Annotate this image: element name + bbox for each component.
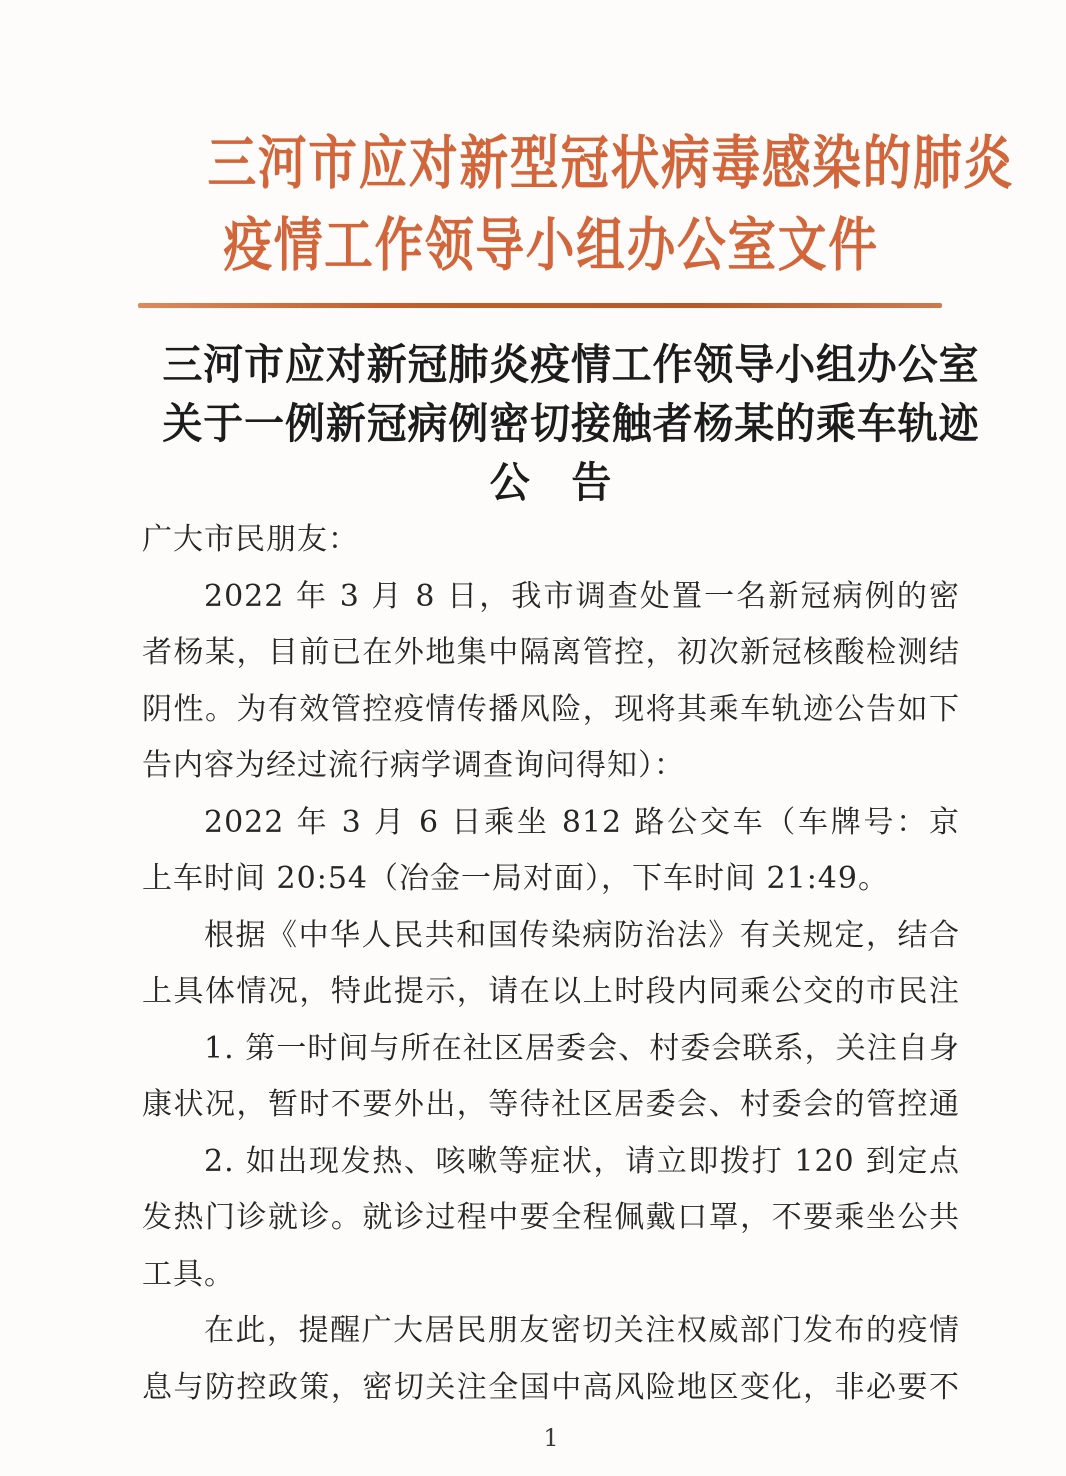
body-line: 阴性。为有效管控疫情传播风险，现将其乘车轨迹公告如下（公 [142,682,960,739]
body-line: 2022 年 3 月 8 日，我市调查处置一名新冠病例的密切接触 [142,569,960,626]
body-line: 发热门诊就诊。就诊过程中要全程佩戴口罩，不要乘坐公共交通 [142,1190,960,1247]
body-line: 康状况，暂时不要外出，等待社区居委会、村委会的管控通知。 [142,1077,960,1134]
body-line: 者杨某，目前已在外地集中隔离管控，初次新冠核酸检测结果 [142,625,960,682]
letterhead-line-1: 三河市应对新型冠状病毒感染的肺炎 [207,122,894,204]
letterhead-line-2: 疫情工作领导小组办公室文件 [207,204,894,286]
letterhead: 三河市应对新型冠状病毒感染的肺炎 疫情工作领导小组办公室文件 [142,0,960,286]
body-line: 1. 第一时间与所在社区居委会、村委会联系，关注自身健 [142,1021,960,1078]
body-line: 工具。 [142,1247,960,1304]
body-line: 2022 年 3 月 6 日乘坐 812 路公交车（车牌号：京 AX1036）， [142,795,960,852]
document-title-line-3: 公 告 [162,453,939,512]
letterhead-divider [138,303,942,308]
page-number: 1 [142,1424,960,1452]
body-line: 根据《中华人民共和国传染病防治法》有关规定，结合以 [142,908,960,965]
body-line: 上车时间 20:54（冶金一局对面），下车时间 21:49。 [142,851,960,908]
body-line: 在此，提醒广大居民朋友密切关注权威部门发布的疫情信 [142,1303,960,1360]
document-title-line-1: 三河市应对新冠肺炎疫情工作领导小组办公室 [162,335,939,394]
body-line: 2. 如出现发热、咳嗽等症状，请立即拨打 120 到定点医院 [142,1134,960,1191]
document-title-line-2: 关于一例新冠病例密切接触者杨某的乘车轨迹 [162,394,939,453]
body-line: 息与防控政策，密切关注全国中高风险地区变化，非必要不前 [142,1360,960,1417]
body-line: 上具体情况，特此提示，请在以上时段内同乘公交的市民注意： [142,964,960,1021]
document-body: 广大市民朋友： 2022 年 3 月 8 日，我市调查处置一名新冠病例的密切接触… [142,512,960,1416]
body-line: 告内容为经过流行病学调查询问得知）： [142,738,960,795]
document-page: 三河市应对新型冠状病毒感染的肺炎 疫情工作领导小组办公室文件 三河市应对新冠肺炎… [0,0,1066,1476]
document-title: 三河市应对新冠肺炎疫情工作领导小组办公室 关于一例新冠病例密切接触者杨某的乘车轨… [142,335,960,512]
body-line-salutation: 广大市民朋友： [142,512,960,569]
